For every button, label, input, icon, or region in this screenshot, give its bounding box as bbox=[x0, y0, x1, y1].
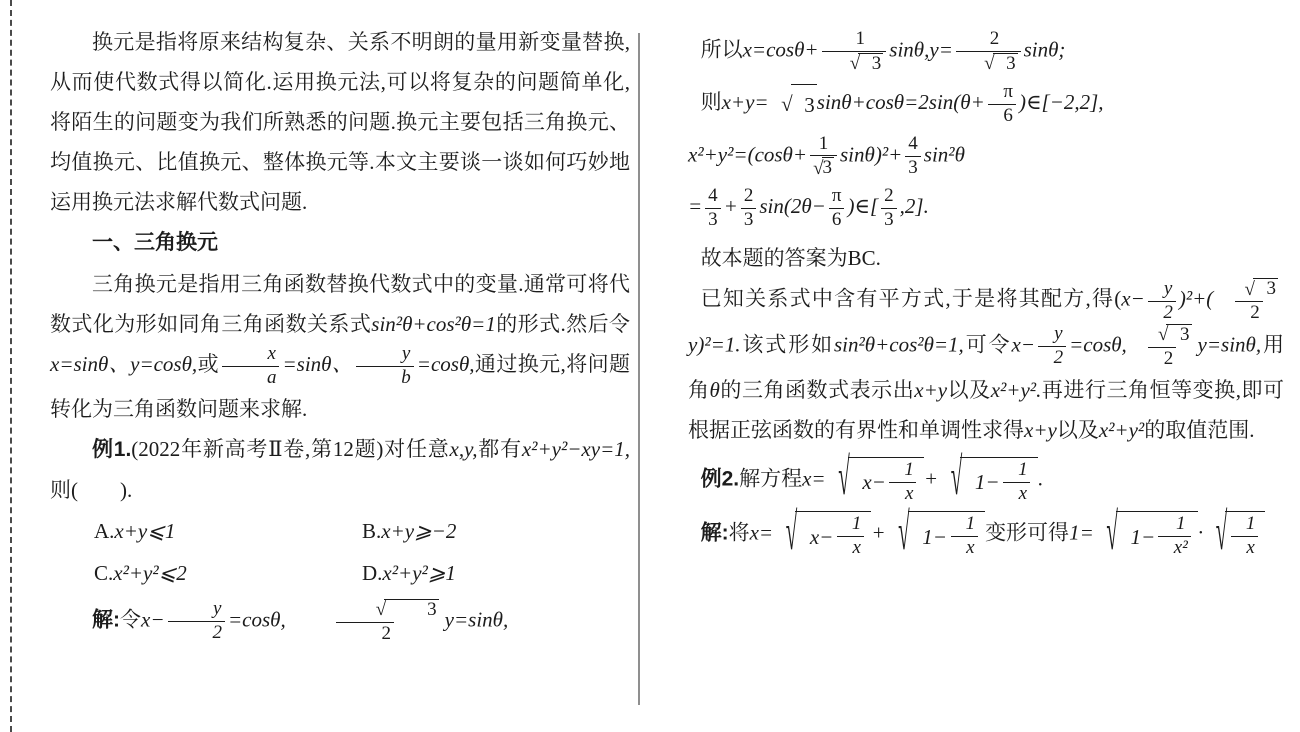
numerator: 1 bbox=[816, 134, 832, 156]
math-run: x²+y² bbox=[1099, 418, 1144, 442]
text-run: 变形可得 bbox=[985, 521, 1069, 545]
math-run: x= bbox=[802, 466, 826, 490]
math-run: x+y bbox=[1024, 418, 1057, 442]
math-run: sinθ; bbox=[1024, 38, 1066, 62]
numerator: π bbox=[829, 186, 845, 208]
denominator: 2 bbox=[1148, 301, 1176, 324]
sqrt: √x−1x bbox=[826, 457, 924, 505]
numerator: y bbox=[168, 599, 224, 621]
option-b-formula: x+y⩾−2 bbox=[381, 519, 456, 543]
math-run: 1− bbox=[962, 462, 999, 502]
fraction: y2 bbox=[1038, 324, 1066, 369]
numerator: 2 bbox=[741, 186, 757, 208]
fraction: 1x² bbox=[1158, 514, 1191, 559]
answer-line: 故本题的答案为BC. bbox=[688, 238, 1284, 278]
denominator: b bbox=[356, 366, 414, 389]
text-run: 该式形如 bbox=[741, 333, 834, 357]
math-run: x+y= bbox=[722, 90, 769, 114]
denominator: a bbox=[222, 366, 280, 389]
denominator: 6 bbox=[829, 208, 845, 231]
radicand: x−1x bbox=[848, 457, 924, 505]
radicand: 3 bbox=[1166, 324, 1191, 346]
math-run: y=sinθ, bbox=[1198, 333, 1262, 357]
margin-dashed-line bbox=[10, 0, 12, 732]
denominator: √3 bbox=[822, 51, 887, 75]
solution-1: 解:令x−y2=cosθ,√32y=sinθ, bbox=[50, 599, 630, 645]
math-run: =cosθ, bbox=[1069, 333, 1127, 357]
math-run: x− bbox=[1011, 333, 1035, 357]
solution-2: 解:将x=√x−1x+√1−1x变形可得1=√1−1x²·√1x bbox=[688, 511, 1284, 559]
denominator: x bbox=[951, 536, 978, 559]
numerator: 2 bbox=[974, 29, 1002, 51]
text-run: 则 bbox=[701, 90, 722, 114]
example-1-label: 例1. bbox=[92, 438, 131, 461]
option-b: B.x+y⩾−2 bbox=[362, 512, 630, 550]
formula-line-squares: x²+y²=(cosθ+1√3sinθ)²+43sin²θ bbox=[688, 134, 1284, 180]
fraction: y2 bbox=[168, 599, 226, 644]
text-run: 故本题的答案为BC. bbox=[701, 246, 881, 270]
denominator: 2 bbox=[1148, 347, 1176, 370]
option-b-label: B. bbox=[362, 519, 381, 543]
sqrt: √1−1x bbox=[886, 511, 985, 559]
denominator: x bbox=[1231, 536, 1258, 559]
sqrt: √1−1x² bbox=[1094, 511, 1198, 559]
sqrt: √3 bbox=[971, 53, 1017, 75]
sqrt: √1−1x bbox=[938, 457, 1037, 505]
math-run: sinθ)²+ bbox=[840, 142, 902, 166]
denominator: 2 bbox=[1235, 301, 1263, 324]
numerator: √3 bbox=[289, 599, 442, 622]
text-run: 所以 bbox=[701, 38, 743, 62]
radicand: 3 bbox=[384, 599, 439, 621]
math-run: x− bbox=[1121, 287, 1145, 311]
example-2-label: 例2. bbox=[701, 467, 740, 490]
right-column: 所以x=cosθ+1√3sinθ,y=2√3sinθ; 则x+y=√3sinθ+… bbox=[688, 22, 1284, 566]
option-d-label: D. bbox=[362, 561, 382, 585]
fraction: yb bbox=[356, 344, 414, 389]
numerator: 2 bbox=[881, 186, 897, 208]
math-run: sin²θ bbox=[924, 142, 965, 166]
radical-sign: √ bbox=[826, 452, 850, 505]
text-run: (2022年新高考Ⅱ卷,第12题)对任意 bbox=[131, 437, 449, 461]
radicand: 1−1x² bbox=[1116, 511, 1198, 559]
radicand: 1−1x bbox=[908, 511, 985, 559]
fraction: 43 bbox=[905, 134, 921, 179]
page: 换元是指将原来结构复杂、关系不明朗的量用新变量替换,从而使代数式得以简化.运用换… bbox=[0, 0, 1300, 732]
fraction: 1x bbox=[889, 460, 917, 505]
text-run: 的取值范围. bbox=[1144, 418, 1254, 442]
formula-line-sum: 则x+y=√3sinθ+cosθ=2sin(θ+π6)∈[−2,2], bbox=[688, 82, 1284, 127]
math-run: =cosθ, bbox=[228, 607, 286, 631]
radical-sign: √ bbox=[1232, 280, 1255, 299]
radical-sign: √ bbox=[1145, 325, 1168, 344]
fraction: 1x bbox=[1230, 514, 1258, 559]
numerator: x bbox=[223, 344, 279, 366]
text-run: 的形式.然后令 bbox=[496, 312, 630, 336]
numerator: 4 bbox=[905, 134, 921, 156]
denominator: x bbox=[1003, 482, 1030, 505]
math-run: sin(2θ− bbox=[759, 195, 826, 219]
denominator: 3 bbox=[881, 208, 897, 231]
radical-sign: √ bbox=[334, 600, 386, 619]
math-run: )∈[ bbox=[847, 195, 878, 219]
fraction: √32 bbox=[1216, 278, 1281, 324]
option-a-formula: x+y⩽1 bbox=[114, 519, 175, 543]
left-column: 换元是指将原来结构复杂、关系不明朗的量用新变量替换,从而使代数式得以简化.运用换… bbox=[50, 22, 630, 652]
radicand: 1−1x bbox=[960, 457, 1037, 505]
math-run: x− bbox=[850, 462, 886, 502]
numerator: 1 bbox=[1230, 514, 1258, 536]
numerator: π bbox=[988, 82, 1016, 104]
denominator: 2 bbox=[1038, 346, 1066, 369]
formula-line-x-y: 所以x=cosθ+1√3sinθ,y=2√3sinθ; bbox=[688, 29, 1284, 75]
denominator: x² bbox=[1158, 536, 1191, 559]
sqrt: √3 bbox=[837, 53, 883, 75]
trig-substitution-paragraph: 三角换元是指用三角函数替换代数式中的变量.通常可将代数式化为形如同角三角函数关系… bbox=[50, 264, 630, 429]
option-c: C.x²+y²⩽2 bbox=[94, 554, 362, 592]
numerator: y bbox=[1039, 324, 1066, 346]
fraction: 1√3 bbox=[810, 134, 837, 180]
intro-paragraph: 换元是指将原来结构复杂、关系不明朗的量用新变量替换,从而使代数式得以简化.运用换… bbox=[50, 22, 630, 222]
example-2: 例2.解方程x=√x−1x+√1−1x. bbox=[688, 457, 1284, 505]
math-run: y=sinθ, bbox=[445, 607, 509, 631]
radicand: 3 bbox=[858, 53, 883, 75]
text-run: 解方程 bbox=[739, 466, 802, 490]
math-run: sin²θ+cos²θ=1, bbox=[834, 333, 964, 357]
formula-line-range: =43+23sin(2θ−π6)∈[23,2]. bbox=[688, 186, 1284, 231]
math-run: + bbox=[724, 195, 738, 219]
math-run: x,y, bbox=[450, 437, 478, 461]
denominator: x bbox=[837, 536, 864, 559]
sqrt: √3 bbox=[334, 599, 439, 621]
option-d: D.x²+y²⩾1 bbox=[362, 554, 630, 592]
math-run: = bbox=[688, 195, 702, 219]
option-c-formula: x²+y²⩽2 bbox=[113, 561, 187, 585]
radical-sign: √ bbox=[938, 452, 962, 505]
option-c-label: C. bbox=[94, 561, 113, 585]
math-run: x+y bbox=[914, 378, 947, 402]
denominator: 3 bbox=[905, 156, 921, 179]
text-run: 都有 bbox=[478, 437, 522, 461]
text-run: 的三角函数式表示出 bbox=[720, 378, 914, 402]
sqrt: √1x bbox=[1203, 511, 1265, 559]
fraction: 1x bbox=[950, 514, 978, 559]
math-run: =cosθ, bbox=[417, 352, 475, 376]
denominator: √3 bbox=[810, 155, 837, 179]
fraction: 43 bbox=[705, 186, 721, 231]
text-run: 以及 bbox=[947, 378, 991, 402]
radicand: 1x bbox=[1225, 511, 1265, 559]
text-run: 令 bbox=[120, 607, 141, 631]
numerator: 4 bbox=[705, 186, 721, 208]
math-run: x− bbox=[141, 607, 165, 631]
analysis-paragraph: 已知关系式中含有平方式,于是将其配方,得(x−y2)²+(√32y)²=1.该式… bbox=[688, 278, 1284, 450]
solution-1-label: 解: bbox=[92, 608, 120, 631]
radical-sign: √ bbox=[1094, 507, 1118, 559]
solution-2-label: 解: bbox=[701, 522, 729, 545]
options-grid: A.x+y⩽1 B.x+y⩾−2 C.x²+y²⩽2 D.x²+y²⩾1 bbox=[94, 512, 630, 592]
radical-sign: √ bbox=[1203, 507, 1227, 559]
radical-sign: √ bbox=[886, 507, 910, 559]
sqrt: √x−1x bbox=[773, 511, 871, 559]
option-a: A.x+y⩽1 bbox=[94, 512, 362, 550]
math-run: x²+y²−xy=1, bbox=[522, 437, 630, 461]
text-run: . bbox=[1038, 466, 1043, 490]
fraction: y2 bbox=[1148, 279, 1176, 324]
math-run: x=sinθ、y=cosθ, bbox=[50, 352, 197, 376]
math-run: x²+y²=(cosθ+ bbox=[688, 142, 807, 166]
fraction: xa bbox=[222, 344, 280, 389]
example-1: 例1.(2022年新高考Ⅱ卷,第12题)对任意x,y,都有x²+y²−xy=1,… bbox=[50, 429, 630, 510]
fraction: π6 bbox=[829, 186, 845, 231]
text-run: 或 bbox=[197, 352, 219, 376]
text-run: 将 bbox=[729, 521, 750, 545]
radical-sign: √ bbox=[773, 507, 797, 559]
option-d-formula: x²+y²⩾1 bbox=[382, 561, 456, 585]
denominator: 3 bbox=[741, 208, 757, 231]
fraction: 23 bbox=[881, 186, 897, 231]
math-run: x²+y². bbox=[991, 378, 1042, 402]
math-run: 1= bbox=[1069, 521, 1094, 545]
denominator: 6 bbox=[988, 104, 1016, 127]
numerator: √3 bbox=[1130, 324, 1195, 347]
numerator: 1 bbox=[1160, 514, 1188, 536]
fraction: √32 bbox=[1130, 324, 1195, 370]
math-run: + bbox=[871, 521, 885, 545]
math-run: sinθ+cosθ=2sin(θ+ bbox=[817, 90, 985, 114]
math-run: )²+( bbox=[1179, 287, 1213, 311]
numerator: √3 bbox=[1216, 278, 1281, 301]
text-run: 可令 bbox=[964, 333, 1012, 357]
section-heading: 一、三角换元 bbox=[50, 222, 630, 264]
text-run: 换元是指将原来结构复杂、关系不明朗的量用新变量替换,从而使代数式得以简化.运用换… bbox=[50, 30, 630, 214]
sqrt: √3 bbox=[1232, 278, 1278, 300]
fraction: 1x bbox=[836, 514, 864, 559]
math-run: y)²=1. bbox=[688, 333, 741, 357]
denominator: 2 bbox=[336, 622, 394, 645]
math-run: ,2]. bbox=[900, 195, 929, 219]
column-divider bbox=[638, 33, 640, 705]
radicand: 3 bbox=[791, 84, 817, 125]
math-run: θ bbox=[710, 378, 720, 402]
fraction: 23 bbox=[741, 186, 757, 231]
radical-sign: √ bbox=[837, 54, 860, 73]
text-run: 已知关系式中含有平方式,于是将其配方,得( bbox=[701, 287, 1122, 311]
fraction: π6 bbox=[988, 82, 1016, 127]
math-run: + bbox=[924, 466, 938, 490]
math-run: sin²θ+cos²θ=1 bbox=[371, 312, 496, 336]
option-a-label: A. bbox=[94, 519, 114, 543]
sqrt: √3 bbox=[1145, 324, 1191, 346]
radical-sign: √ bbox=[769, 94, 793, 115]
fraction: 1x bbox=[1002, 460, 1030, 505]
numerator: 1 bbox=[889, 460, 917, 482]
denominator: 3 bbox=[705, 208, 721, 231]
numerator: y bbox=[1148, 279, 1175, 301]
numerator: 1 bbox=[1002, 460, 1030, 482]
math-run: sinθ,y= bbox=[889, 38, 953, 62]
sqrt: √3 bbox=[813, 157, 834, 179]
math-run: =sinθ、 bbox=[282, 352, 353, 376]
radicand: x−1x bbox=[795, 511, 871, 559]
numerator: 1 bbox=[836, 514, 864, 536]
fraction: √32 bbox=[289, 599, 442, 645]
radicand: 3 bbox=[822, 157, 835, 179]
text-run: 以及 bbox=[1057, 418, 1099, 442]
math-run: x= bbox=[750, 521, 774, 545]
fraction: 2√3 bbox=[956, 29, 1021, 75]
denominator: 2 bbox=[168, 621, 226, 644]
denominator: √3 bbox=[956, 51, 1021, 75]
math-run: 1− bbox=[1118, 517, 1155, 557]
math-run: 1− bbox=[910, 517, 947, 557]
radical-sign: √ bbox=[971, 54, 994, 73]
numerator: y bbox=[357, 344, 413, 366]
math-run: x=cosθ+ bbox=[743, 38, 819, 62]
numerator: 1 bbox=[950, 514, 978, 536]
math-run: )∈[−2,2], bbox=[1019, 90, 1104, 114]
radicand: 3 bbox=[1253, 278, 1278, 300]
numerator: 1 bbox=[840, 29, 868, 51]
fraction: 1√3 bbox=[822, 29, 887, 75]
math-run: x− bbox=[797, 517, 833, 557]
radicand: 3 bbox=[993, 53, 1018, 75]
text-run: 则( ). bbox=[50, 478, 132, 502]
sqrt: √3 bbox=[769, 84, 817, 125]
